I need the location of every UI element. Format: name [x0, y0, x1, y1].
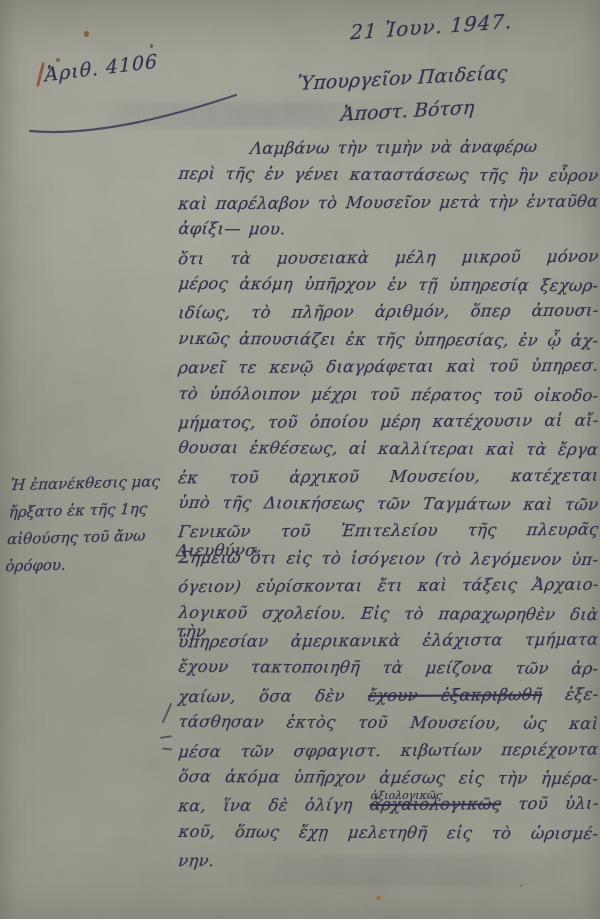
handwritten-text: νην. — [177, 851, 215, 870]
body-line: ρανεῖ τε κενῷ διαγράφεται καὶ τοῦ ὑπηρεσ… — [177, 356, 600, 386]
margin-note: Ἡ ἐπανέκθεσις μαςἤρξατο ἐκ τῆς 1ηςαἰθούσ… — [5, 468, 180, 581]
handwritten-text: ἐκ τοῦ ἀρχικοῦ Μουσείου, κατέχεται — [177, 465, 599, 487]
body-line: ὅτι τὰ μουσειακὰ μέλη μικροῦ μόνον — [177, 246, 600, 276]
reference-number: Ἀριθ. 4106 — [44, 44, 213, 87]
handwritten-text: ἀφίξι— μου. — [178, 219, 287, 239]
handwritten-text: ὅτι τὰ μουσειακὰ μέλη μικροῦ μόνον — [177, 246, 599, 268]
handwritten-text: τοῦ ὑλι- — [500, 794, 599, 814]
handwritten-text: νικῶς ἀπουσιάζει ἐκ τῆς ὑπηρεσίας, ἐν ᾧ … — [178, 329, 600, 350]
handwritten-text: κα, ἵνα δὲ ὀλίγη — [177, 795, 370, 815]
body-line: μέσα τῶν σφραγιστ. κιβωτίων περιέχοντα — [177, 739, 600, 769]
date-line: 21 Ἰουν. 1947. — [350, 4, 591, 45]
body-line: κοῦ, ὅπως ἔχῃ μελετηθῆ εἰς τὸ ὡρισμέ- — [177, 822, 600, 852]
margin-ink-mark — [162, 747, 172, 750]
body-line: ὑπὸ τῆς Διοικήσεως τῶν Ταγμάτων καὶ τῶν — [177, 493, 600, 523]
body-line: ἀφίξι— μου. — [177, 219, 600, 249]
body-line: περὶ τῆς ἐν γένει καταστάσεως τῆς ἣν εὗρ… — [177, 164, 600, 194]
handwritten-text: μέρος ἀκόμη ὑπῆρχον ἐν τῇ ὑπηρεσίᾳ ξεχωρ… — [178, 274, 600, 295]
handwritten-text: θουσαι ἐκθέσεως, αἱ καλλίτεραι καὶ τὰ ἔρ… — [178, 438, 600, 459]
body-line: λογικοῦ σχολείου. Εἰς τὸ παραχωρηθὲν διὰ… — [177, 603, 600, 633]
handwritten-text: ὑπηρεσίαν ἀμερικανικὰ ἐλάχιστα τμήματα — [177, 630, 599, 652]
handwritten-text: μήματος, τοῦ ὁποίου μέρη κατέχουσιν αἱ α… — [177, 411, 599, 433]
handwritten-text: ἔχουν τακτοποιηθῆ τὰ μείζονα τῶν ἀρ- — [178, 657, 600, 678]
handwritten-text: ιδίως, τὸ πλῆρον ἀριθμόν, ὅπερ ἀπουσι- — [177, 301, 599, 323]
body-line: ἐκ τοῦ ἀρχικοῦ Μουσείου, κατέχεται — [177, 465, 600, 495]
body-line: Γενικῶν τοῦ Ἐπιτελείου τῆς πλευρᾶς Διευθ… — [177, 520, 600, 550]
ref-underline-stroke — [26, 88, 246, 138]
inserted-correction: ἀξιολογικῶς — [370, 789, 371, 802]
handwritten-text: Σημειῶ ὅτι εἰς τὸ ἰσόγειον (τὸ λεγόμενον… — [178, 548, 600, 569]
body-line: καὶ παρέλαβον τὸ Μουσεῖον μετὰ τὴν ἐνταῦ… — [177, 191, 600, 221]
handwritten-text: όγειον) εὑρίσκονται ἔτι καὶ τάξεις Ἀρχαι… — [177, 575, 599, 597]
margin-note-line: ὀρόφου. — [5, 549, 175, 580]
handwritten-text: καὶ παρέλαβον τὸ Μουσεῖον μετὰ τὴν ἐνταῦ… — [177, 191, 599, 213]
strikethrough-text: ἔχουν ἐξακριβωθῆ — [367, 685, 543, 705]
body-line: Σημειῶ ὅτι εἰς τὸ ἰσόγειον (τὸ λεγόμενον… — [177, 548, 600, 578]
handwritten-text: μέσα τῶν σφραγιστ. κιβωτίων περιέχοντα — [177, 739, 599, 761]
recipient-block: Ὑπουργεῖον Παιδείας Ἀποστ. Βότση — [294, 56, 528, 134]
body-line: τάσθησαν ἐκτὸς τοῦ Μουσείου, ὡς καὶ — [177, 712, 600, 742]
letter-body: Λαμβάνω τὴν τιμὴν νὰ ἀναφέρωπερὶ τῆς ἐν … — [178, 138, 598, 878]
handwritten-text: ὑπὸ τῆς Διοικήσεως τῶν Ταγμάτων καὶ τῶν — [178, 493, 600, 514]
margin-note-line: Ἡ ἐπανέκθεσις μας — [10, 468, 180, 499]
paper-stain-speck — [520, 884, 523, 887]
body-line: μήματος, τοῦ ὁποίου μέρη κατέχουσιν αἱ α… — [177, 411, 600, 441]
margin-ink-mark — [162, 703, 173, 724]
body-line: ὑπηρεσίαν ἀμερικανικὰ ἐλάχιστα τμήματα — [177, 630, 600, 660]
body-line: χαίων, ὅσα δὲν ἔχουν ἐξακριβωθῆ ἐξε- — [177, 685, 600, 715]
body-line: μέρος ἀκόμη ὑπῆρχον ἐν τῇ ὑπηρεσίᾳ ξεχωρ… — [177, 274, 600, 304]
handwritten-text: Λαμβάνω τὴν τιμὴν νὰ ἀναφέρω — [249, 137, 538, 158]
handwritten-text: ὅσα ἀκόμα ὑπῆρχον ἀμέσως εἰς τὴν ἡμέρα- — [178, 767, 600, 788]
handwritten-text: χαίων, ὅσα δὲν — [177, 686, 369, 706]
body-line: νικῶς ἀπουσιάζει ἐκ τῆς ὑπηρεσίας, ἐν ᾧ … — [177, 329, 600, 359]
paper-stain-speck — [84, 31, 89, 37]
handwritten-text: κοῦ, ὅπως ἔχῃ μελετηθῆ εἰς τὸ ὡρισμέ- — [178, 822, 600, 843]
handwritten-text: ἐξε- — [541, 685, 599, 704]
margin-ink-mark — [160, 735, 172, 739]
body-line: νην. — [177, 849, 600, 879]
handwritten-text: τάσθησαν ἐκτὸς τοῦ Μουσείου, ὡς καὶ — [178, 712, 600, 733]
paper-stain-speck — [150, 44, 153, 48]
body-line: ιδίως, τὸ πλῆρον ἀριθμόν, ὅπερ ἀπουσι- — [177, 301, 600, 331]
handwritten-text: περὶ τῆς ἐν γένει καταστάσεως τῆς ἣν εὗρ… — [178, 164, 600, 185]
body-line: τὸ ὑπόλοιπον μέχρι τοῦ πέρατος τοῦ οἰκοδ… — [177, 383, 600, 413]
body-line: Λαμβάνω τὴν τιμὴν νὰ ἀναφέρω — [177, 137, 600, 167]
paper-stain-speck — [376, 896, 381, 900]
body-line: ἔχουν τακτοποιηθῆ τὰ μείζονα τῶν ἀρ- — [177, 657, 600, 687]
body-line: όγειον) εὑρίσκονται ἔτι καὶ τάξεις Ἀρχαι… — [177, 575, 600, 605]
scanned-letter-page: Ἀριθ. 4106 21 Ἰουν. 1947. Ὑπουργεῖον Παι… — [0, 0, 600, 919]
body-line: θουσαι ἐκθέσεως, αἱ καλλίτεραι καὶ τὰ ἔρ… — [177, 438, 600, 468]
handwritten-text: τὸ ὑπόλοιπον μέχρι τοῦ πέρατος τοῦ οἰκοδ… — [178, 383, 600, 404]
handwritten-text: ρανεῖ τε κενῷ διαγράφεται καὶ τοῦ ὑπηρεσ… — [177, 356, 599, 378]
body-line: κα, ἵνα δὲ ὀλίγη ἀξιολογικῶςἀρχαιολογικῶ… — [177, 794, 600, 824]
